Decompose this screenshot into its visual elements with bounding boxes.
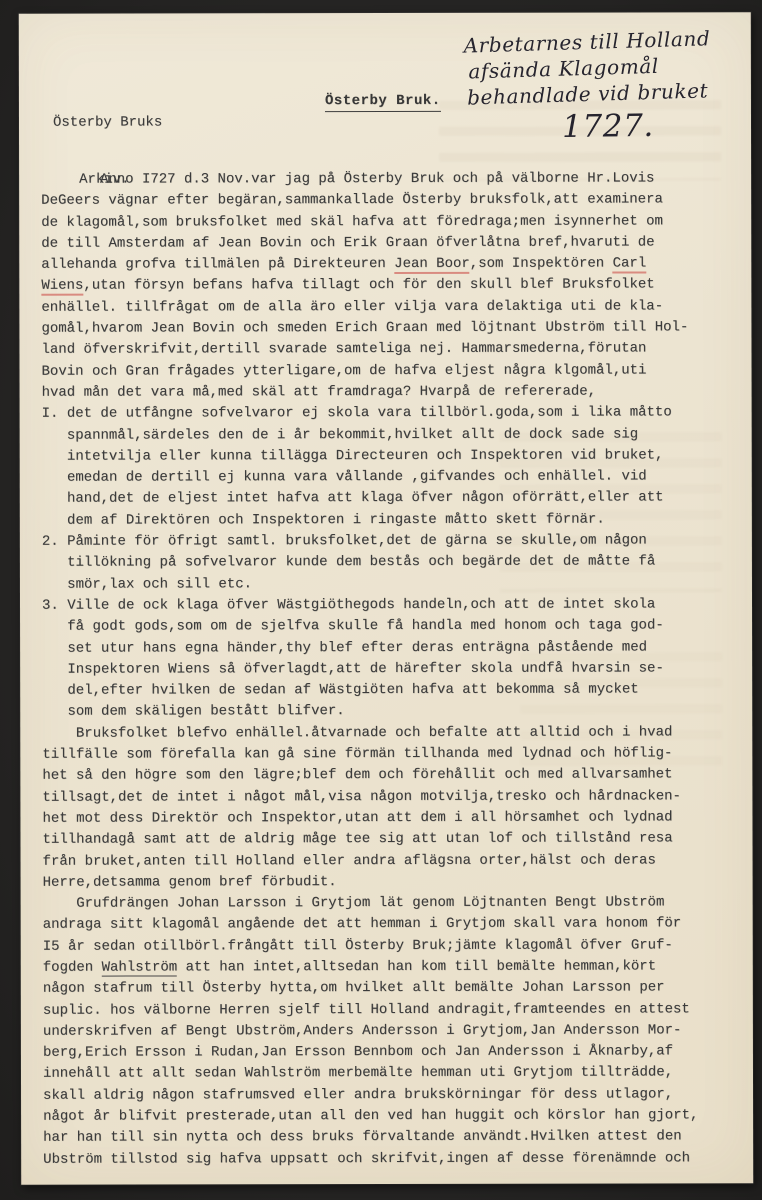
text-line: emedan de dertill ej kunna vara vållande…: [42, 466, 740, 489]
text-line: het så den högre som den lägre;blef dem …: [42, 765, 740, 788]
text-line: Grufdrängen Johan Larsson i Grytjom lät …: [43, 892, 741, 915]
text-line: de klagomål,som bruksfolket med skäl haf…: [41, 211, 739, 234]
text-line: berg,Erich Ersson i Rudan,Jan Ersson Ben…: [43, 1041, 741, 1064]
text-line: intetvilja eller kunna tillägga Directeu…: [42, 445, 740, 468]
text-line: skall aldrig någon stafrumsved eller and…: [43, 1084, 741, 1107]
text-line: smör,lax och sill etc.: [42, 573, 740, 596]
text-line: dem af Direktören och Inspektoren i ring…: [42, 509, 740, 532]
text-line: få godt gods,som om de sjelfva skulle få…: [42, 615, 740, 638]
text-line: andraga sitt klagomål angående det att h…: [43, 914, 741, 937]
text-line: någon stafrum till Österby hytta,om hvil…: [43, 978, 741, 1001]
text-line: hand,det de eljest intet hafva att klaga…: [42, 488, 740, 511]
text-line: något år blifvit presterade,utan all den…: [43, 1105, 741, 1128]
text-line: tillhandagå samt att de aldrig måge tee …: [42, 828, 740, 851]
text-line: I5 år sedan otillbörl.frångått till Öste…: [43, 935, 741, 958]
text-line: tillökning på sofvelvaror kunde dem best…: [42, 552, 740, 575]
text-line: underskrifven af Bengt Ubström,Anders An…: [43, 1020, 741, 1043]
text-line: Bovin och Gran frågades ytterligare,om d…: [42, 360, 740, 383]
text-line: Ubström tillstod sig hafva uppsatt och s…: [43, 1148, 741, 1171]
text-line: 2. Påminte för öfrigt samtl. bruksfolket…: [42, 530, 740, 553]
text-line: hvad mån det vara må,med skäl att framdr…: [42, 381, 740, 404]
text-line: från bruket,anten till Holland eller and…: [43, 850, 741, 873]
text-line: DeGeers vägnar efter begäran,sammankalla…: [41, 190, 739, 213]
text-line: Herre,detsamma genom bref förbudit.: [43, 871, 741, 894]
text-line: fogden Wahlström att han intet,alltsedan…: [43, 956, 741, 979]
text-line: enhällel. tillfrågat om de alla äro elle…: [41, 296, 739, 319]
text-line: suplic. hos välborne Herren sjelf till H…: [43, 999, 741, 1022]
text-line: land öfverskrifvit,dertill svarade samte…: [41, 339, 739, 362]
archive-line1: Österby Bruks: [53, 113, 162, 132]
text-line: I. det de utfångne sofvelvaror ej skola …: [42, 403, 740, 426]
text-line: tillsagt,det de intet i något mål,visa n…: [42, 786, 740, 809]
text-line: tillfälle som förefalla kan gå sine förm…: [42, 743, 740, 766]
text-line: har han till sin nytta och dess bruks fö…: [43, 1127, 741, 1150]
document-lines: Anno I727 d.3 Nov.var jag på Österby Bru…: [41, 168, 741, 1170]
text-line: het mot dess Direktör och Inspektor,utan…: [42, 807, 740, 830]
text-line: Inspektoren Wiens så öfverlagdt,att de h…: [42, 658, 740, 681]
text-line: Wiens,utan försyn befans hafva tillagt o…: [41, 275, 739, 298]
text-line: spannmål,särdeles den de i år bekommit,h…: [42, 424, 740, 447]
annotation-year: 1727.: [466, 107, 738, 146]
text-line: allehanda grofva tillmälen på Direkteure…: [41, 253, 739, 276]
text-line: del,efter hvilken de sedan af Wästgiöten…: [42, 679, 740, 702]
text-line: Bruksfolket blefvo enhällel.åtvarnade oc…: [42, 722, 740, 745]
text-line: innehåll att allt sedan Wahlström merbem…: [43, 1063, 741, 1086]
document-page: Österby Bruks Arkiv. Österby Bruk. Arbet…: [19, 12, 753, 1185]
text-line: Anno I727 d.3 Nov.var jag på Österby Bru…: [41, 168, 739, 191]
text-line: set utur hans egna händer,thy blef efter…: [42, 637, 740, 660]
handwritten-annotation: Arbetarnes till Holland afsända Klagomål…: [463, 24, 738, 148]
text-line: gomål,hvarom Jean Bovin och smeden Erich…: [41, 317, 739, 340]
scan-background: { "colors":{ "paper":"#ece4d1", "backdro…: [0, 0, 762, 1200]
text-line: som dem skäligen bestått blifver.: [42, 701, 740, 724]
text-line: de till Amsterdam af Jean Bovin och Erik…: [41, 232, 739, 255]
text-line: 3. Ville de ock klaga öfver Wästgiöthego…: [42, 594, 740, 617]
document-title: Österby Bruk.: [325, 93, 441, 112]
